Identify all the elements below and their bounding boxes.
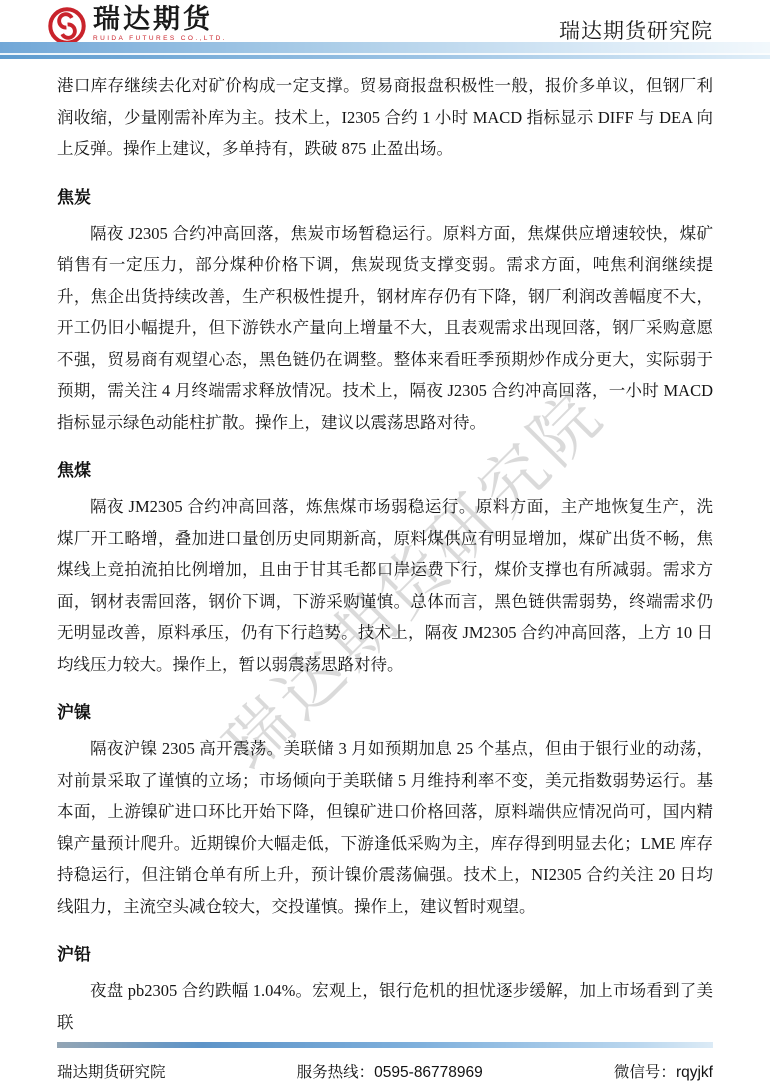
section-paragraph-shanghai-nickel: 隔夜沪镍 2305 高开震荡。美联储 3 月如预期加息 25 个基点，但由于银行… (57, 733, 713, 922)
report-page: 瑞达期货 RUIDA FUTURES CO.,LTD. 瑞达期货研究院 瑞达期货… (0, 0, 770, 1090)
report-body: 港口库存继续去化对矿价构成一定支撑。贸易商报盘积极性一般，报价多单议，但钢厂利润… (0, 60, 770, 1044)
research-institute-title: 瑞达期货研究院 (559, 15, 713, 45)
ruida-swirl-icon (46, 5, 88, 47)
section-paragraph-coke: 隔夜 J2305 合约冲高回落，焦炭市场暂稳运行。原料方面，焦煤供应增速较快，煤… (57, 218, 713, 439)
footer-wechat: 微信号：rqyjkf (614, 1060, 713, 1082)
section-paragraph-coking-coal: 隔夜 JM2305 合约冲高回落，炼焦煤市场弱稳运行。原料方面，主产地恢复生产，… (57, 491, 713, 680)
footer-institute: 瑞达期货研究院 (57, 1060, 166, 1082)
logo-text-group: 瑞达期货 RUIDA FUTURES CO.,LTD. (93, 4, 227, 42)
footer-wechat-id: rqyjkf (676, 1064, 713, 1081)
header-bar-top-stripe (0, 42, 770, 53)
footer-divider-bar (57, 1042, 713, 1048)
footer-info-row: 瑞达期货研究院 服务热线：0595-86778969 微信号：rqyjkf (57, 1060, 713, 1082)
footer-wechat-label: 微信号： (614, 1064, 676, 1081)
page-header: 瑞达期货 RUIDA FUTURES CO.,LTD. 瑞达期货研究院 (0, 0, 770, 60)
footer-hotline-number: 0595-86778969 (374, 1064, 483, 1081)
footer-hotline-label: 服务热线： (297, 1064, 375, 1081)
page-footer: 瑞达期货研究院 服务热线：0595-86778969 微信号：rqyjkf (57, 1042, 713, 1082)
section-heading-shanghai-nickel: 沪镍 (57, 700, 713, 726)
section-heading-coke: 焦炭 (57, 185, 713, 211)
header-divider-bar (0, 42, 770, 59)
company-logo: 瑞达期货 RUIDA FUTURES CO.,LTD. (46, 4, 227, 47)
footer-hotline: 服务热线：0595-86778969 (297, 1060, 483, 1082)
section-paragraph-shanghai-lead: 夜盘 pb2305 合约跌幅 1.04%。宏观上，银行危机的担忧逐步缓解，加上市… (57, 975, 713, 1038)
section-heading-coking-coal: 焦煤 (57, 458, 713, 484)
intro-paragraph: 港口库存继续去化对矿价构成一定支撑。贸易商报盘积极性一般，报价多单议，但钢厂利润… (57, 70, 713, 165)
header-bar-bottom-stripe (0, 55, 770, 59)
logo-company-name-en: RUIDA FUTURES CO.,LTD. (93, 35, 227, 42)
section-heading-shanghai-lead: 沪铅 (57, 942, 713, 968)
logo-company-name: 瑞达期货 (93, 4, 227, 34)
